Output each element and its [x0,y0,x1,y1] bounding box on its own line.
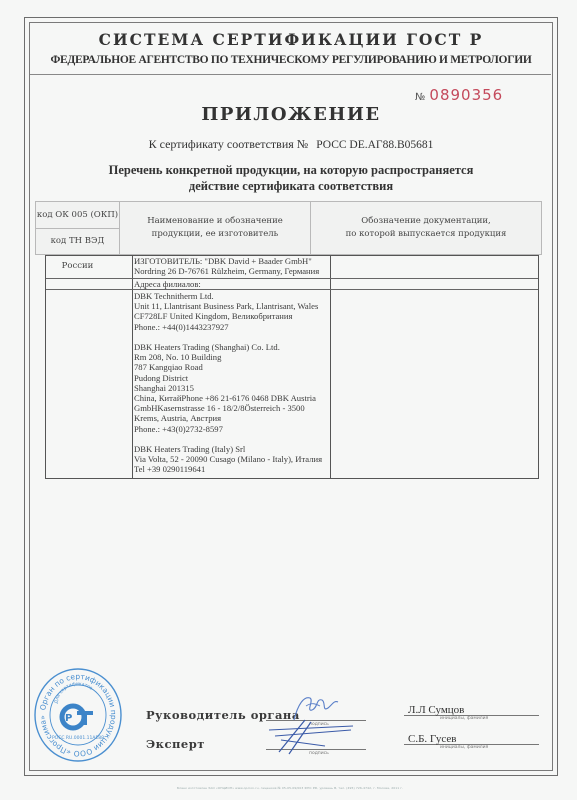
header-documentation-text: Обозначение документации, по которой вып… [346,215,507,241]
header-product-name: Наименование и обозначение продукции, ее… [120,202,311,254]
form-number: №0890356 [415,86,503,104]
svg-text:Р: Р [65,713,72,724]
certification-stamp-icon: Орган по сертификации продукции ООО «Про… [33,667,123,763]
header-code-okp: код ОК 005 (ОКП) [36,202,120,229]
name-caption: инициалы, фамилия [440,716,488,721]
branch-shanghai-austria: DBK Heaters Trading (Shanghai) Co. Ltd. … [134,342,316,434]
head-name: Л.Л Сумцов [408,704,464,716]
row-divider [46,289,538,290]
certificate-number: РОСС DE.АГ88.В05681 [316,139,433,151]
list-title-line-2: действие сертификата соответствия [29,178,553,194]
branch-uk: DBK Technitherm Ltd. Unit 11, Llantrisan… [134,291,318,332]
header-documentation: Обозначение документации, по которой вып… [311,202,541,254]
list-title-line-1: Перечень конкретной продукции, на котору… [29,162,553,178]
agency-name: ФЕДЕРАЛЬНОЕ АГЕНТСТВО ПО ТЕХНИЧЕСКОМУ РЕ… [29,54,553,66]
manufacturer-info: ИЗГОТОВИТЕЛЬ: "DBK David + Baader GmbH" … [134,256,319,276]
certificate-label: К сертификату соответствия № [149,137,309,151]
product-list-title: Перечень конкретной продукции, на котору… [29,162,553,194]
document-title: ПРИЛОЖЕНИЕ [29,104,553,125]
svg-text:РОСС RU.0001.11АЕ88: РОСС RU.0001.11АЕ88 [52,735,104,741]
certificate-reference: К сертификату соответствия №РОСС DE.АГ88… [29,137,553,152]
branches-label: Адреса филиалов: [134,279,201,289]
number-sign: № [415,92,425,103]
print-info: Бланк изготовлен ЗАО «ОПЦИОН» www.opcion… [140,786,440,790]
table-header: код ОК 005 (ОКП) код ТН ВЭД России Наиме… [35,201,542,255]
header-product-name-text: Наименование и обозначение продукции, ее… [147,215,283,241]
name-caption: инициалы, фамилия [440,745,488,750]
header-code-tnved: код ТН ВЭД России [36,229,120,254]
row-divider [46,278,538,279]
system-title: СИСТЕМА СЕРТИФИКАЦИИ ГОСТ Р [29,30,553,49]
expert-name: С.Б. Гусев [408,733,456,745]
branch-italy: DBK Heaters Trading (Italy) Srl Via Volt… [134,444,322,475]
header-divider [30,74,551,75]
expert-label: Эксперт [146,737,205,751]
form-number-value: 0890356 [429,86,503,104]
expert-signature-icon [265,716,355,756]
